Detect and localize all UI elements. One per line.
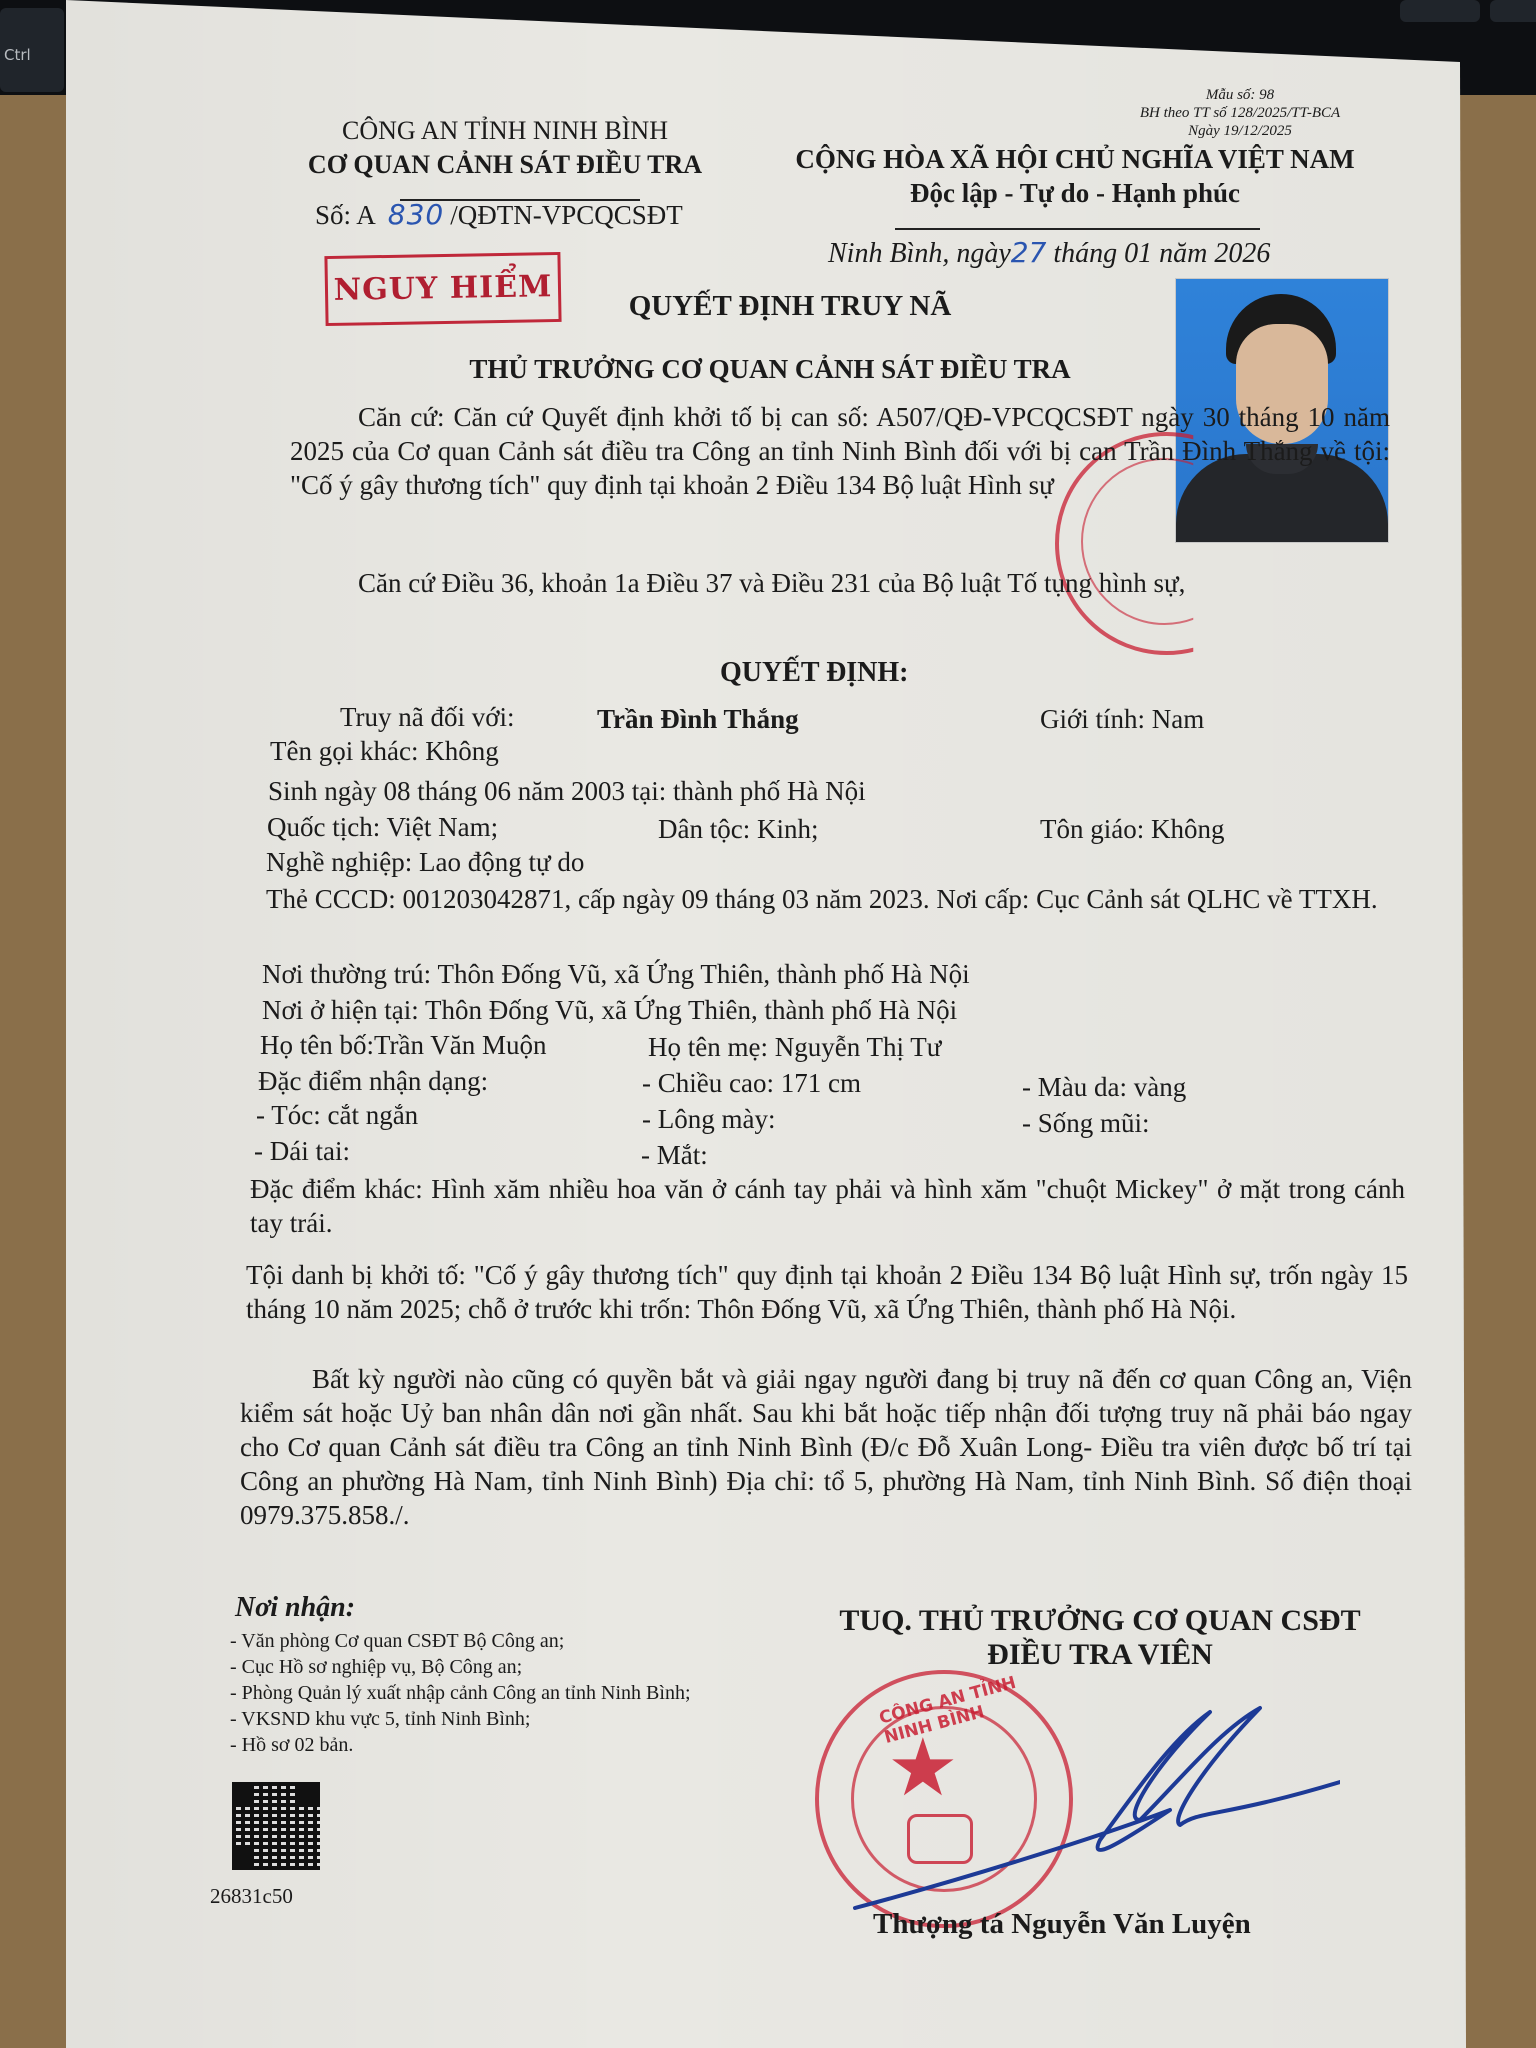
country-name: CỘNG HÒA XÃ HỘI CHỦ NGHĨA VIỆT NAM — [780, 142, 1370, 176]
keyboard-key — [1490, 0, 1536, 22]
wanted-label: Truy nã đối với: — [340, 700, 515, 734]
grounds-paragraph-2: Căn cứ Điều 36, khoản 1a Điều 37 và Điều… — [290, 566, 1390, 600]
signer-name: Thượng tá Nguyễn Văn Luyện — [873, 1908, 1251, 1941]
eyes: - Mắt: — [641, 1138, 708, 1172]
nationality: Quốc tịch: Việt Nam; — [267, 810, 498, 844]
agency-parent: CÔNG AN TỈNH NINH BÌNH — [295, 114, 715, 148]
document-title: QUYẾT ĐỊNH TRUY NÃ — [560, 290, 1020, 323]
agency-header: CÔNG AN TỈNH NINH BÌNH CƠ QUAN CẢNH SÁT … — [295, 114, 715, 182]
arrest-instruction: Bất kỳ người nào cũng có quyền bắt và gi… — [240, 1362, 1412, 1532]
form-regulation: BH theo TT số 128/2025/TT-BCA — [1080, 104, 1400, 122]
ctrl-key-label: Ctrl — [4, 46, 31, 64]
height: - Chiều cao: 171 cm — [642, 1066, 861, 1100]
recipient-item: - VKSND khu vực 5, tỉnh Ninh Bình; — [230, 1706, 691, 1732]
danger-stamp: NGUY HIỂM — [324, 252, 561, 326]
agency-name: CƠ QUAN CẢNH SÁT ĐIỀU TRA — [295, 148, 715, 182]
qr-code — [232, 1782, 320, 1870]
father-name: Họ tên bố:Trần Văn Muộn — [260, 1028, 547, 1062]
decision-heading: QUYẾT ĐỊNH: — [720, 656, 909, 690]
document-number: Số: A830/QĐTN-VPCQCSĐT — [315, 198, 683, 231]
signature-title: TUQ. THỦ TRƯỞNG CƠ QUAN CSĐT ĐIỀU TRA VI… — [800, 1604, 1400, 1672]
skin-color: - Màu da: vàng — [1022, 1070, 1186, 1104]
eyebrows: - Lông mày: — [642, 1102, 775, 1136]
handwritten-doc-number: 830 — [376, 198, 450, 231]
hair: - Tóc: cắt ngắn — [256, 1098, 418, 1132]
divider — [895, 228, 1260, 230]
signature-role: ĐIỀU TRA VIÊN — [800, 1638, 1400, 1672]
ctrl-key: Ctrl — [0, 8, 64, 92]
form-date: Ngày 19/12/2025 — [1080, 122, 1400, 140]
current-address: Nơi ở hiện tại: Thôn Đống Vũ, xã Ứng Thi… — [262, 993, 957, 1027]
keyboard-key — [1400, 0, 1480, 22]
other-features: Đặc điểm khác: Hình xăm nhiều hoa văn ở … — [250, 1172, 1405, 1240]
wanted-name: Trần Đình Thắng — [597, 702, 799, 736]
form-code: Mẫu số: 98 BH theo TT số 128/2025/TT-BCA… — [1080, 86, 1400, 140]
recipients-title: Nơi nhận: — [235, 1592, 355, 1624]
alias: Tên gọi khác: Không — [270, 734, 499, 768]
features-label: Đặc điểm nhận dạng: — [258, 1064, 488, 1098]
permanent-address: Nơi thường trú: Thôn Đống Vũ, xã Ứng Thi… — [262, 957, 970, 991]
form-number: Mẫu số: 98 — [1080, 86, 1400, 104]
recipient-item: - Hồ sơ 02 bản. — [230, 1732, 691, 1758]
recipients-list: - Văn phòng Cơ quan CSĐT Bộ Công an; - C… — [230, 1628, 691, 1758]
signature-icon — [840, 1700, 1340, 1930]
religion: Tôn giáo: Không — [1040, 812, 1224, 846]
qr-code-text: 26831c50 — [210, 1884, 293, 1909]
recipient-item: - Phòng Quản lý xuất nhập cảnh Công an t… — [230, 1680, 691, 1706]
national-header: CỘNG HÒA XÃ HỘI CHỦ NGHĨA VIỆT NAM Độc l… — [780, 142, 1370, 210]
national-motto: Độc lập - Tự do - Hạnh phúc — [780, 176, 1370, 210]
nose: - Sống mũi: — [1022, 1106, 1150, 1140]
occupation: Nghề nghiệp: Lao động tự do — [266, 845, 584, 879]
id-card: Thẻ CCCD: 001203042871, cấp ngày 09 thán… — [266, 882, 1394, 916]
grounds-paragraph-1: Căn cứ: Căn cứ Quyết định khởi tố bị can… — [290, 400, 1390, 502]
place-date: Ninh Bình, ngày27 tháng 01 năm 2026 — [828, 236, 1270, 270]
charge: Tội danh bị khởi tố: "Cố ý gây thương tí… — [246, 1258, 1408, 1326]
issuer-title: THỦ TRƯỞNG CƠ QUAN CẢNH SÁT ĐIỀU TRA — [420, 354, 1120, 385]
ethnicity: Dân tộc: Kinh; — [658, 812, 818, 846]
recipient-item: - Văn phòng Cơ quan CSĐT Bộ Công an; — [230, 1628, 691, 1654]
handwritten-day: 27 — [1011, 236, 1047, 269]
birth-info: Sinh ngày 08 tháng 06 năm 2003 tại: thàn… — [268, 774, 866, 808]
gender: Giới tính: Nam — [1040, 702, 1204, 736]
signature-authority: TUQ. THỦ TRƯỞNG CƠ QUAN CSĐT — [800, 1604, 1400, 1638]
mother-name: Họ tên mẹ: Nguyễn Thị Tư — [648, 1030, 941, 1064]
recipient-item: - Cục Hồ sơ nghiệp vụ, Bộ Công an; — [230, 1654, 691, 1680]
earlobe: - Dái tai: — [254, 1134, 350, 1168]
